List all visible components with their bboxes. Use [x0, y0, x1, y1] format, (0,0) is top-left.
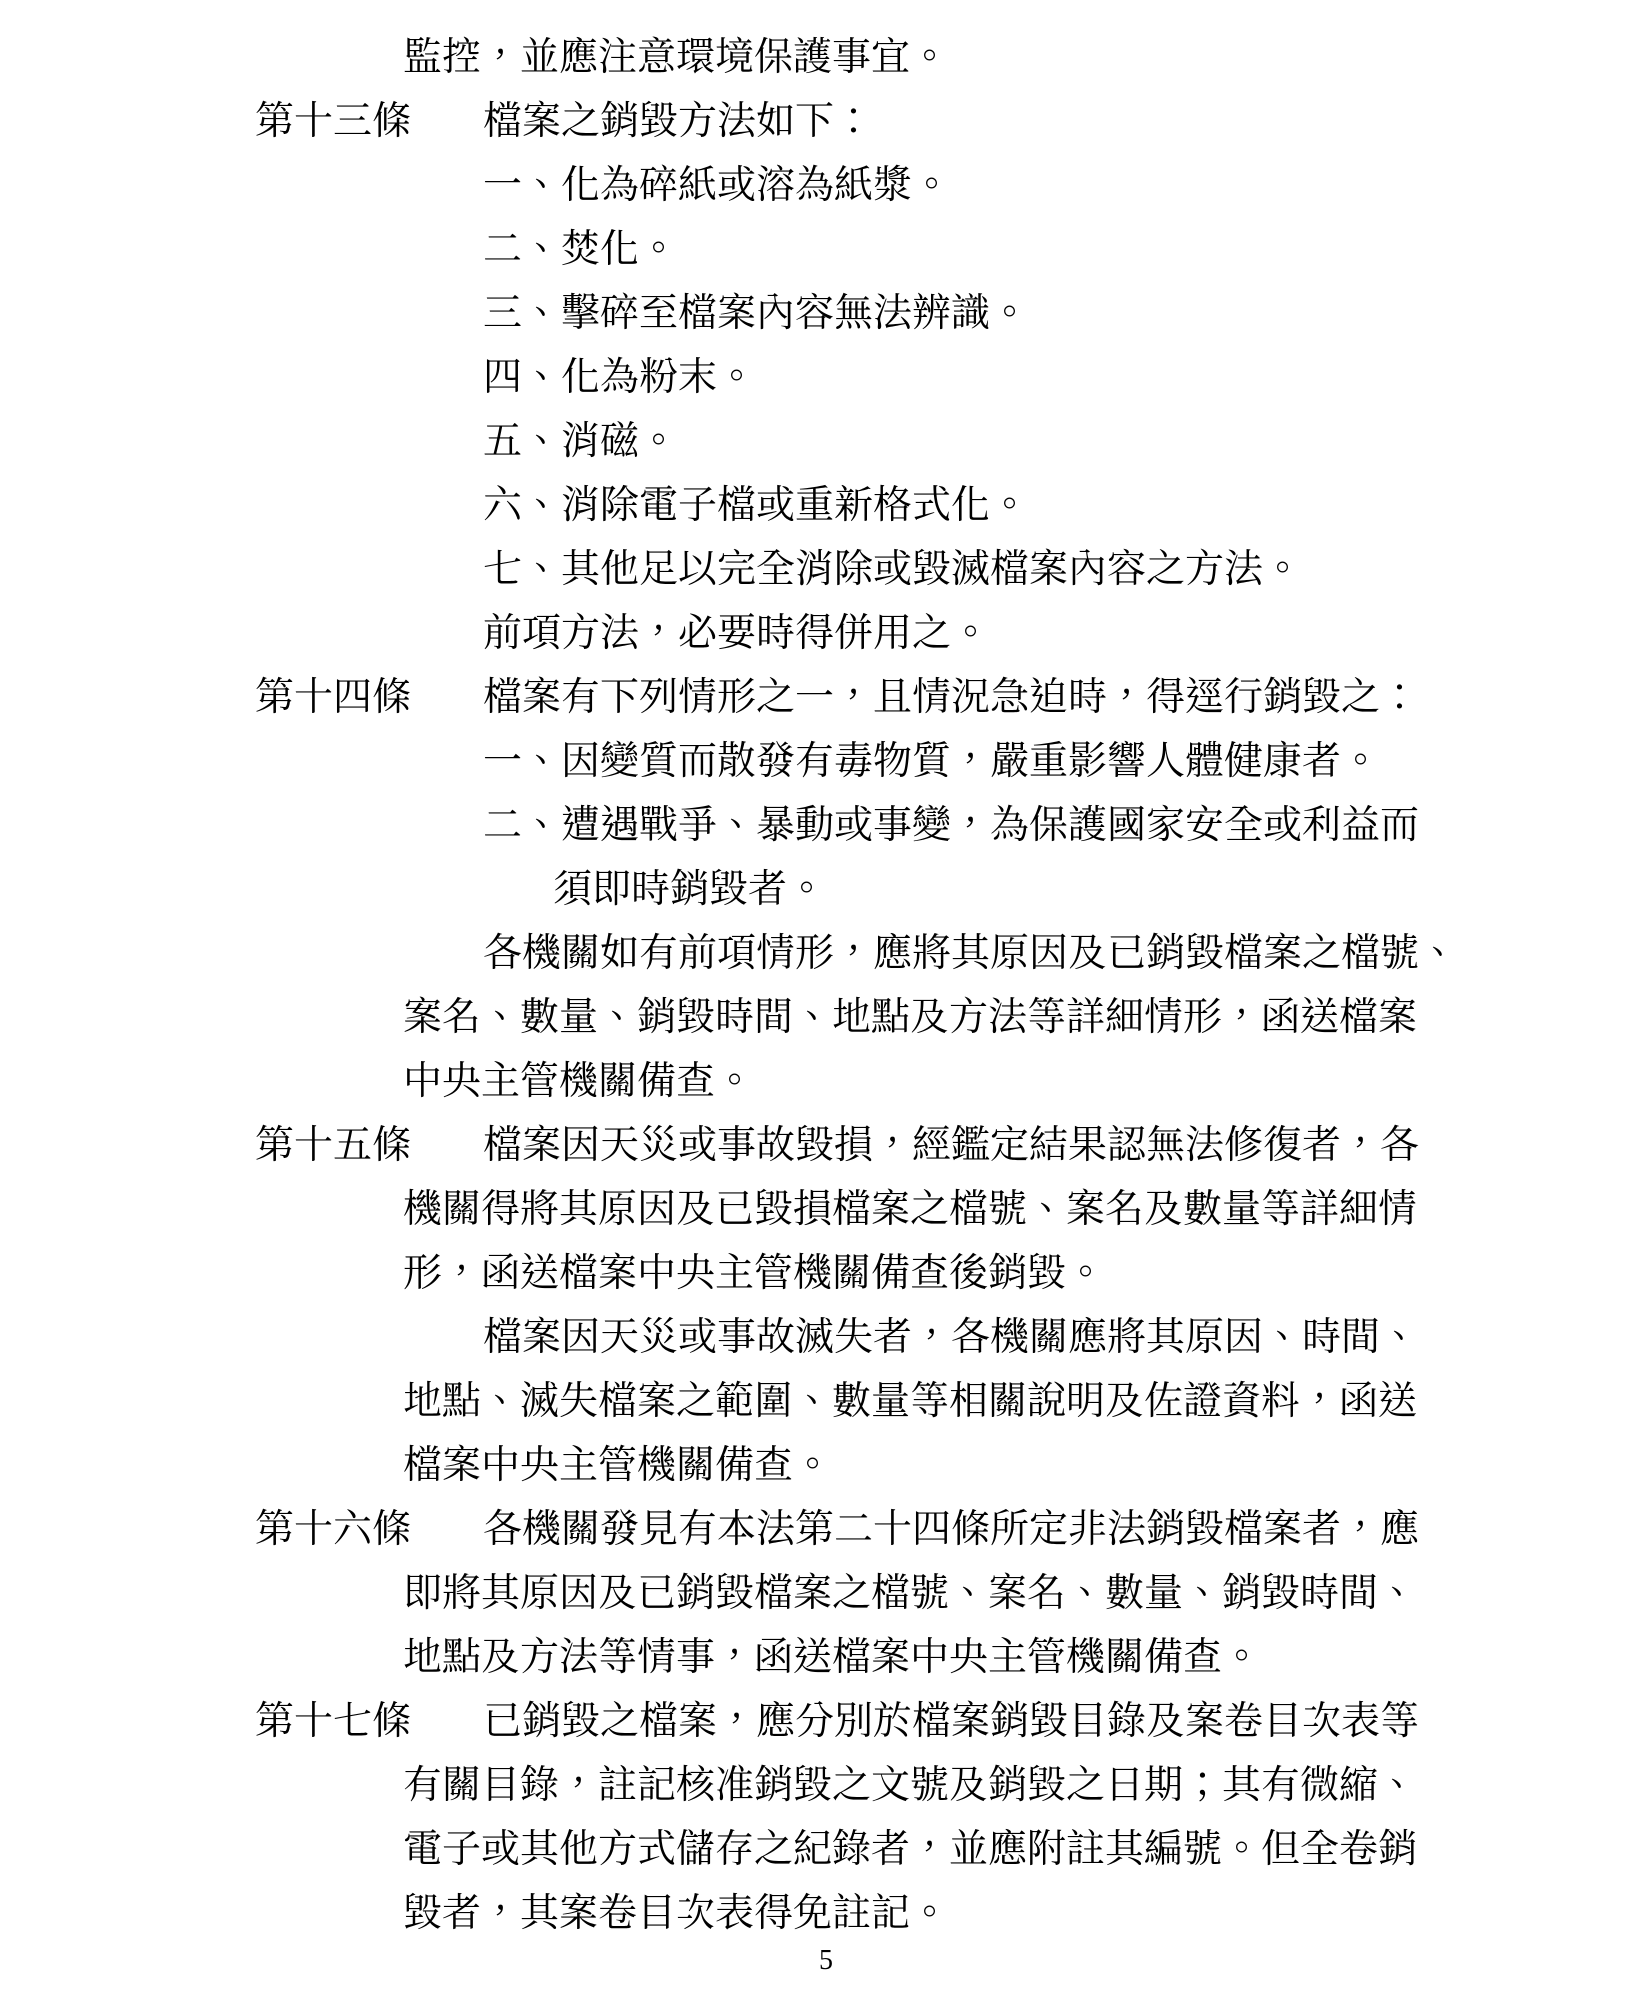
line-text: 六、消除電子檔或重新格式化。: [483, 484, 1029, 527]
text-line: 案名、數量、銷毀時間、地點及方法等詳細情形，函送檔案: [0, 986, 1652, 1050]
document-body: 監控，並應注意環境保護事宜。第十三條檔案之銷毀方法如下：一、化為碎紙或溶為紙漿。…: [0, 26, 1652, 1946]
text-line: 即將其原因及已銷毀檔案之檔號、案名、數量、銷毀時間、: [0, 1562, 1652, 1626]
article-line: 第十六條各機關發見有本法第二十四條所定非法銷毀檔案者，應: [0, 1498, 1652, 1562]
line-text: 有關目錄，註記核准銷毀之文號及銷毀之日期；其有微縮、: [403, 1764, 1417, 1807]
line-text: 各機關發見有本法第二十四條所定非法銷毀檔案者，應: [483, 1508, 1419, 1551]
page-number: 5: [0, 1944, 1652, 1978]
text-line: 前項方法，必要時得併用之。: [0, 602, 1652, 666]
text-line: 二、遭遇戰爭、暴動或事變，為保護國家安全或利益而: [0, 794, 1652, 858]
text-line: 檔案中央主管機關備查。: [0, 1434, 1652, 1498]
line-text: 中央主管機關備查。: [403, 1060, 754, 1103]
line-text: 四、化為粉末。: [483, 356, 756, 399]
article-number: 第十四條: [255, 666, 483, 730]
line-text: 檔案因天災或事故滅失者，各機關應將其原因、時間、: [483, 1316, 1419, 1359]
article-line: 第十三條檔案之銷毀方法如下：: [0, 90, 1652, 154]
text-line: 二、焚化。: [0, 218, 1652, 282]
article-number: 第十五條: [255, 1114, 483, 1178]
line-text: 一、化為碎紙或溶為紙漿。: [483, 164, 951, 207]
text-line: 毀者，其案卷目次表得免註記。: [0, 1882, 1652, 1946]
line-text: 五、消磁。: [483, 420, 678, 463]
article-number: 第十七條: [255, 1690, 483, 1754]
text-line: 地點及方法等情事，函送檔案中央主管機關備查。: [0, 1626, 1652, 1690]
line-text: 檔案有下列情形之一，且情況急迫時，得逕行銷毀之：: [483, 676, 1419, 719]
line-text: 地點及方法等情事，函送檔案中央主管機關備查。: [403, 1636, 1261, 1679]
line-text: 監控，並應注意環境保護事宜。: [403, 36, 949, 79]
line-text: 形，函送檔案中央主管機關備查後銷毀。: [403, 1252, 1105, 1295]
text-line: 三、擊碎至檔案內容無法辨識。: [0, 282, 1652, 346]
line-text: 機關得將其原因及已毀損檔案之檔號、案名及數量等詳細情: [403, 1188, 1417, 1231]
line-text: 須即時銷毀者。: [553, 868, 826, 911]
document-page: 監控，並應注意環境保護事宜。第十三條檔案之銷毀方法如下：一、化為碎紙或溶為紙漿。…: [0, 0, 1652, 2012]
line-text: 一、因變質而散發有毒物質，嚴重影響人體健康者。: [483, 740, 1380, 783]
text-line: 六、消除電子檔或重新格式化。: [0, 474, 1652, 538]
text-line: 形，函送檔案中央主管機關備查後銷毀。: [0, 1242, 1652, 1306]
text-line: 中央主管機關備查。: [0, 1050, 1652, 1114]
text-line: 地點、滅失檔案之範圍、數量等相關說明及佐證資料，函送: [0, 1370, 1652, 1434]
line-text: 地點、滅失檔案之範圍、數量等相關說明及佐證資料，函送: [403, 1380, 1417, 1423]
line-text: 即將其原因及已銷毀檔案之檔號、案名、數量、銷毀時間、: [403, 1572, 1417, 1615]
text-line: 監控，並應注意環境保護事宜。: [0, 26, 1652, 90]
line-text: 前項方法，必要時得併用之。: [483, 612, 990, 655]
line-text: 三、擊碎至檔案內容無法辨識。: [483, 292, 1029, 335]
article-line: 第十七條已銷毀之檔案，應分別於檔案銷毀目錄及案卷目次表等: [0, 1690, 1652, 1754]
article-number: 第十三條: [255, 90, 483, 154]
line-text: 案名、數量、銷毀時間、地點及方法等詳細情形，函送檔案: [403, 996, 1417, 1039]
text-line: 機關得將其原因及已毀損檔案之檔號、案名及數量等詳細情: [0, 1178, 1652, 1242]
line-text: 毀者，其案卷目次表得免註記。: [403, 1892, 949, 1935]
line-text: 已銷毀之檔案，應分別於檔案銷毀目錄及案卷目次表等: [483, 1700, 1419, 1743]
line-text: 各機關如有前項情形，應將其原因及已銷毀檔案之檔號、: [483, 932, 1458, 975]
text-line: 五、消磁。: [0, 410, 1652, 474]
article-line: 第十五條檔案因天災或事故毀損，經鑑定結果認無法修復者，各: [0, 1114, 1652, 1178]
line-text: 二、焚化。: [483, 228, 678, 271]
text-line: 須即時銷毀者。: [0, 858, 1652, 922]
article-line: 第十四條檔案有下列情形之一，且情況急迫時，得逕行銷毀之：: [0, 666, 1652, 730]
text-line: 電子或其他方式儲存之紀錄者，並應附註其編號。但全卷銷: [0, 1818, 1652, 1882]
line-text: 檔案因天災或事故毀損，經鑑定結果認無法修復者，各: [483, 1124, 1419, 1167]
text-line: 一、因變質而散發有毒物質，嚴重影響人體健康者。: [0, 730, 1652, 794]
article-number: 第十六條: [255, 1498, 483, 1562]
text-line: 七、其他足以完全消除或毀滅檔案內容之方法。: [0, 538, 1652, 602]
text-line: 檔案因天災或事故滅失者，各機關應將其原因、時間、: [0, 1306, 1652, 1370]
line-text: 電子或其他方式儲存之紀錄者，並應附註其編號。但全卷銷: [403, 1828, 1417, 1871]
text-line: 一、化為碎紙或溶為紙漿。: [0, 154, 1652, 218]
line-text: 二、遭遇戰爭、暴動或事變，為保護國家安全或利益而: [483, 804, 1419, 847]
line-text: 檔案之銷毀方法如下：: [483, 100, 873, 143]
line-text: 七、其他足以完全消除或毀滅檔案內容之方法。: [483, 548, 1302, 591]
text-line: 四、化為粉末。: [0, 346, 1652, 410]
text-line: 有關目錄，註記核准銷毀之文號及銷毀之日期；其有微縮、: [0, 1754, 1652, 1818]
text-line: 各機關如有前項情形，應將其原因及已銷毀檔案之檔號、: [0, 922, 1652, 986]
line-text: 檔案中央主管機關備查。: [403, 1444, 832, 1487]
